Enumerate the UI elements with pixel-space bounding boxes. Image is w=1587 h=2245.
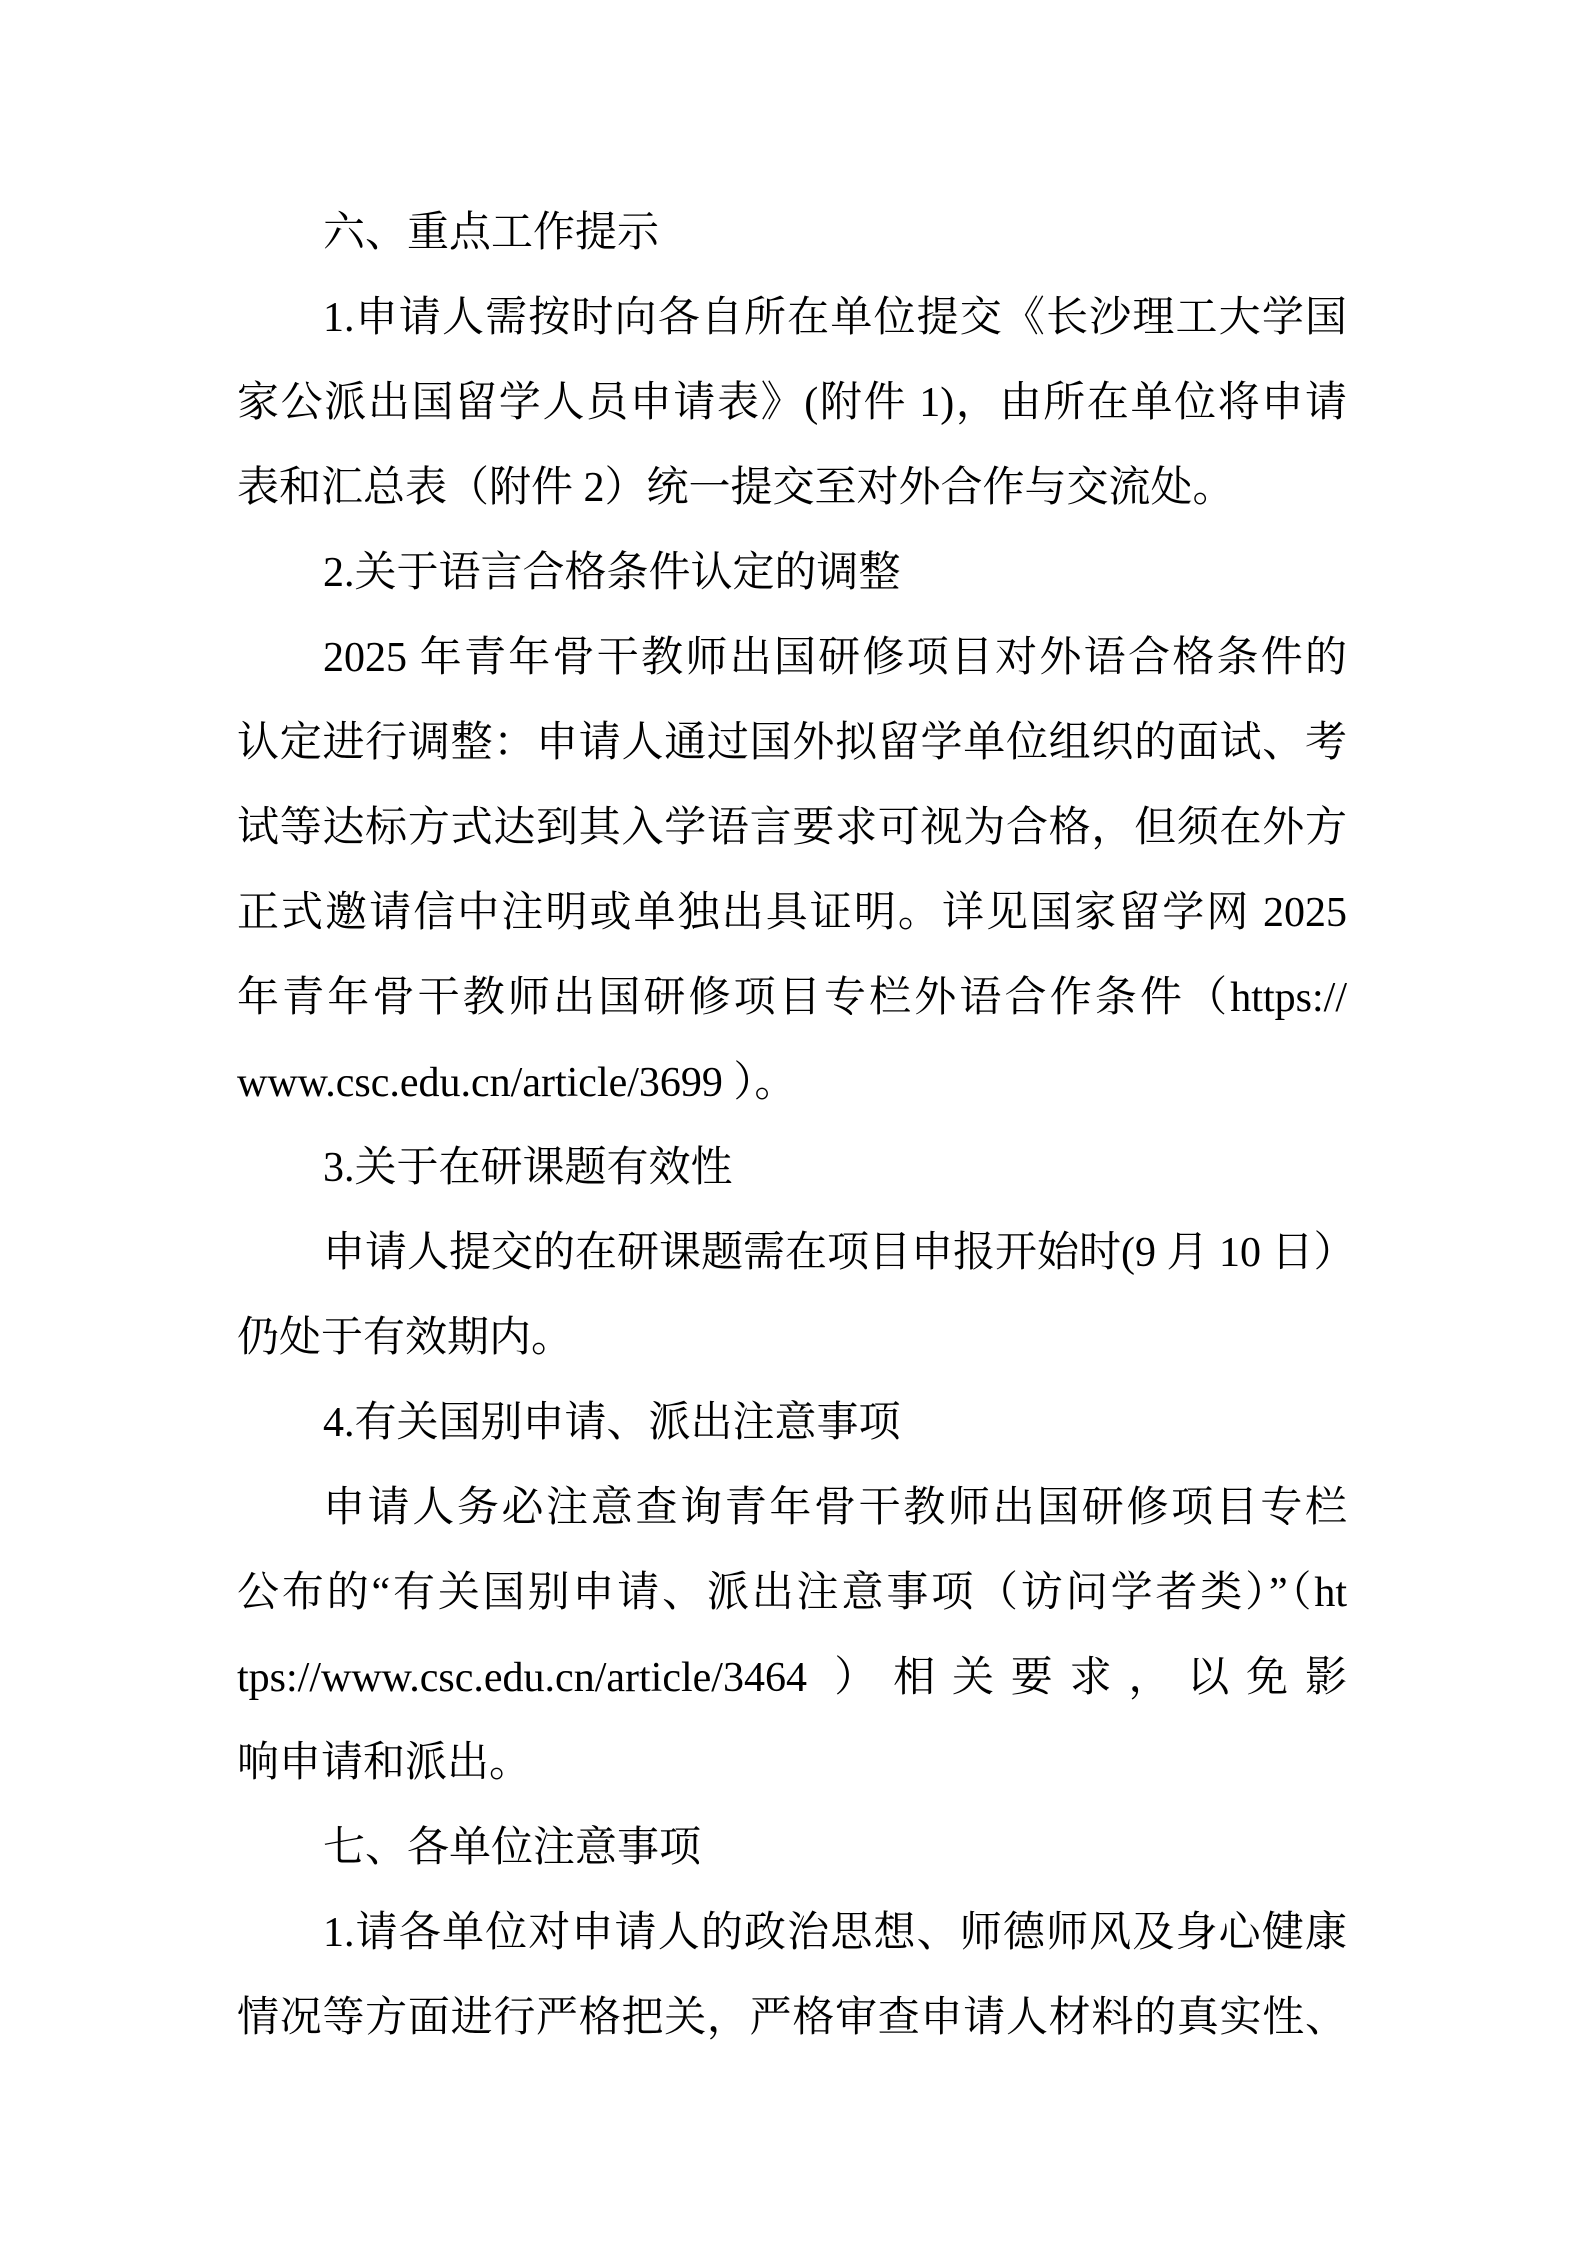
doc-line: 情况等方面进行严格把关，严格审查申请人材料的真实性、 <box>237 1976 1347 2061</box>
doc-line: 家公派出国留学人员申请表》(附件 1)，由所在单位将申请 <box>237 361 1347 446</box>
heading-section-seven: 七、各单位注意事项 <box>237 1806 1347 1891</box>
heading-item-language-requirement: 2.关于语言合格条件认定的调整 <box>237 531 1347 616</box>
heading-section-six: 六、重点工作提示 <box>237 191 1347 276</box>
doc-line: 公布的“有关国别申请、派出注意事项（访问学者类）”（ht <box>237 1551 1347 1636</box>
doc-line: 表和汇总表（附件 2）统一提交至对外合作与交流处。 <box>237 446 1347 531</box>
doc-line: 2025 年青年骨干教师出国研修项目对外语合格条件的 <box>237 616 1347 701</box>
doc-line-url-3699-continued: www.csc.edu.cn/article/3699 ）。 <box>237 1041 1347 1126</box>
doc-line: 1.申请人需按时向各自所在单位提交《长沙理工大学国 <box>237 276 1347 361</box>
doc-line-url-3464: tps://www.csc.edu.cn/article/3464 ）相关要求，… <box>237 1636 1347 1721</box>
doc-line: 仍处于有效期内。 <box>237 1296 1347 1381</box>
doc-line: 正式邀请信中注明或单独出具证明。详见国家留学网 2025 <box>237 871 1347 956</box>
doc-line: 响申请和派出。 <box>237 1721 1347 1806</box>
doc-line: 认定进行调整：申请人通过国外拟留学单位组织的面试、考 <box>237 701 1347 786</box>
doc-line: 申请人提交的在研课题需在项目申报开始时(9 月 10 日） <box>237 1211 1347 1296</box>
doc-line: 申请人务必注意查询青年骨干教师出国研修项目专栏 <box>237 1466 1347 1551</box>
doc-line: 试等达标方式达到其入学语言要求可视为合格，但须在外方 <box>237 786 1347 871</box>
doc-line: 1.请各单位对申请人的政治思想、师德师风及身心健康 <box>237 1891 1347 1976</box>
document-page: 六、重点工作提示 1.申请人需按时向各自所在单位提交《长沙理工大学国 家公派出国… <box>0 0 1587 2245</box>
doc-line-url-3699: 年青年骨干教师出国研修项目专栏外语合作条件（https:// <box>237 956 1347 1041</box>
heading-item-research-validity: 3.关于在研课题有效性 <box>237 1126 1347 1211</box>
heading-item-country-notes: 4.有关国别申请、派出注意事项 <box>237 1381 1347 1466</box>
